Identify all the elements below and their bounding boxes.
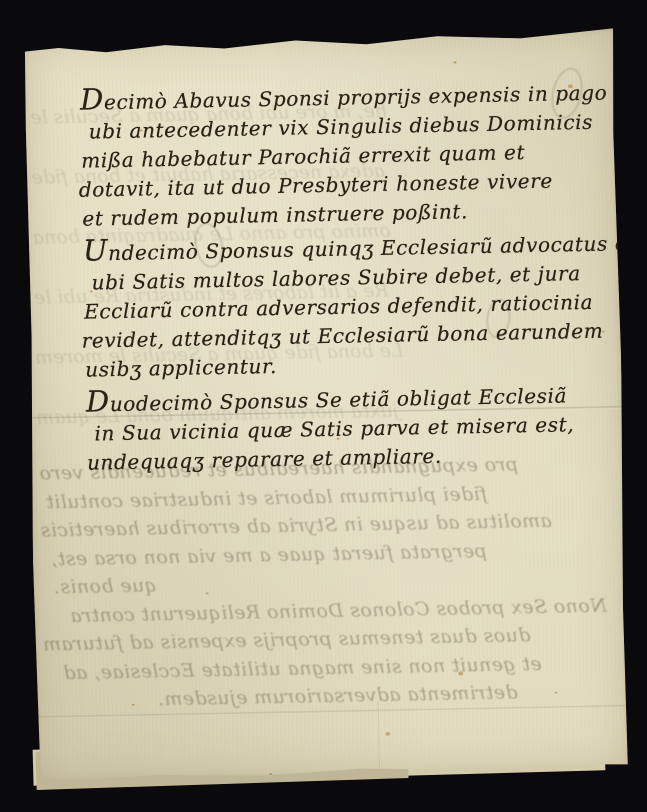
manuscript-text: Decimò Abavus Sponsi proprijs expensis i… xyxy=(80,78,627,483)
paragraph-decimo: Decimò Abavus Sponsi proprijs expensis i… xyxy=(80,78,623,233)
manuscript-page: he, m ore ubi bona quam a Seculis le ade… xyxy=(23,28,629,781)
paragraph-duodecimo: Duodecimò Sponsus Se etiã obligat Eccles… xyxy=(86,380,628,477)
foxing-spots xyxy=(23,40,26,42)
paragraph-undecimo: Undecimò Sponsus quinqʒ Ecclesiarũ advoc… xyxy=(83,229,626,384)
bleedthrough-lower-layer: pro expugnandis haeredibus et reducendis… xyxy=(31,448,628,716)
bleedthrough-line: que bonis. xyxy=(53,571,157,601)
fold-crease-vertical xyxy=(378,701,381,775)
photo-background: he, m ore ubi bona quam a Seculis le ade… xyxy=(0,0,647,812)
